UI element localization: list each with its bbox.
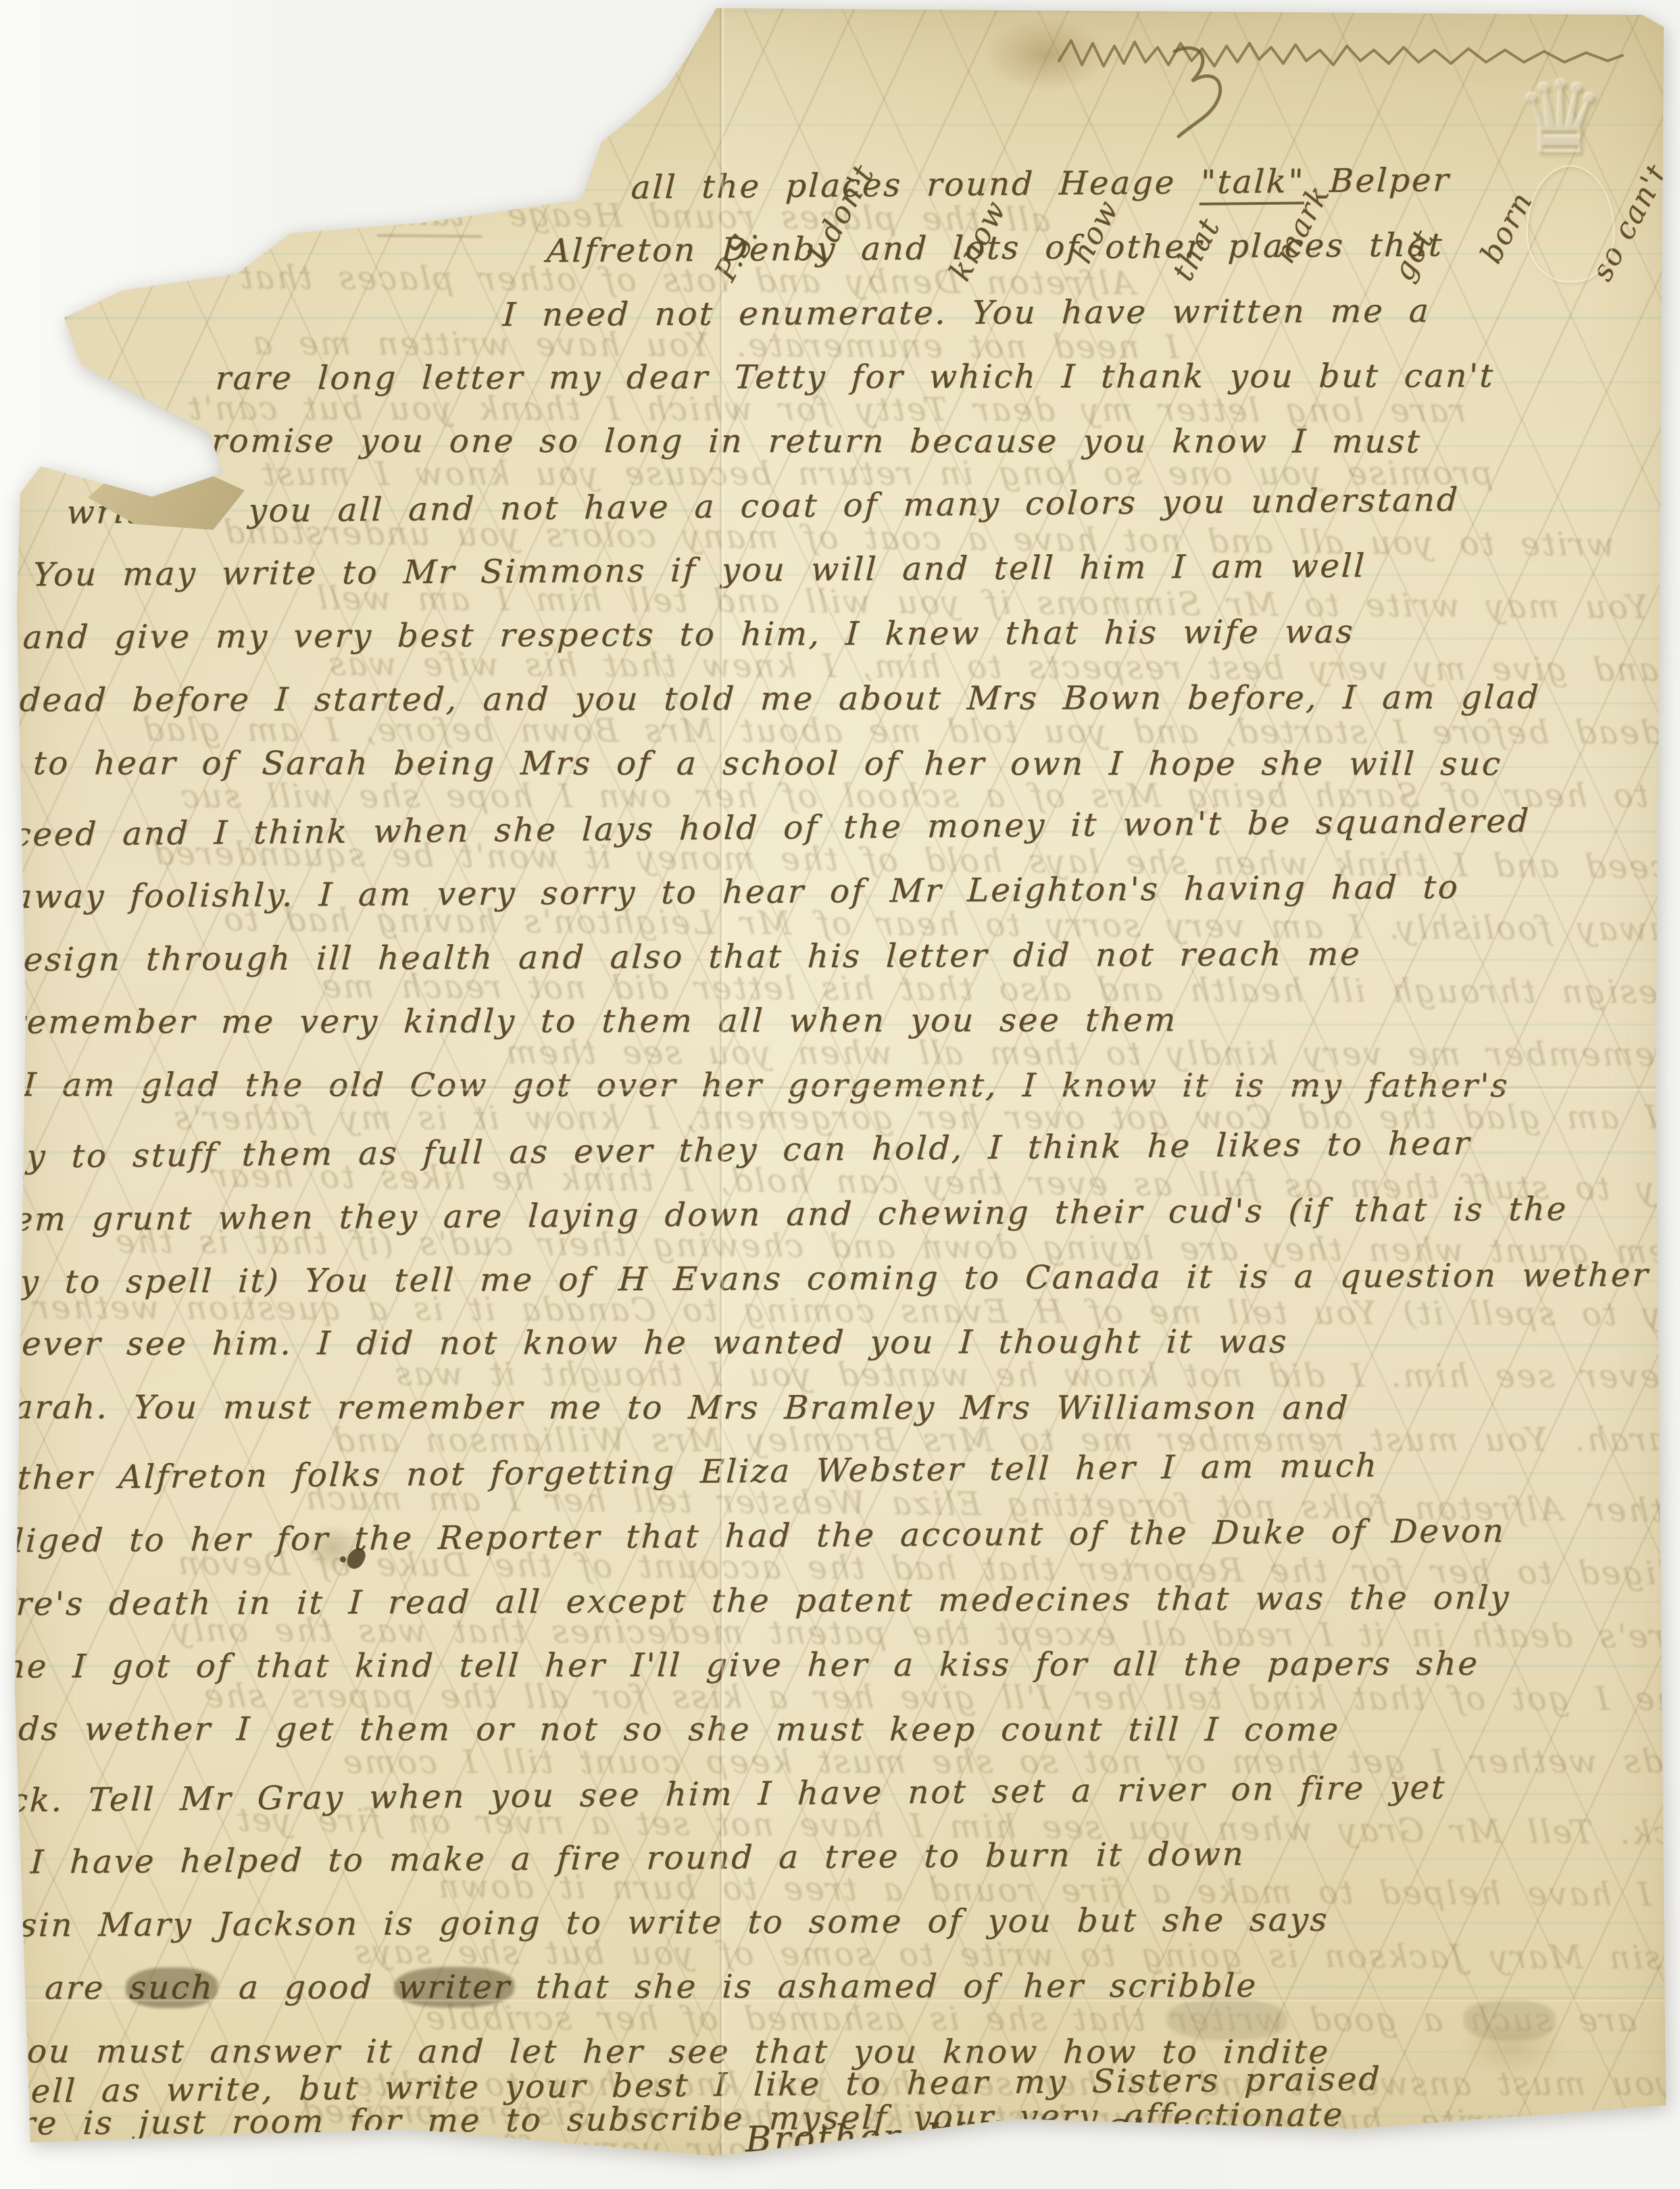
letter-line: Sarah. You must remember me to Mrs Braml…: [0, 1388, 1351, 1427]
letter-line: resign through ill health and also that …: [5, 935, 1362, 979]
letter-line: ceed and I think when she lays hold of t…: [11, 802, 1531, 854]
fold-crease-horizontal: [12, 1996, 1669, 2002]
letter-line: Alfreton Denby and lots of other places …: [546, 226, 1445, 270]
letter-line: all the places round Heage "talk" Belper: [631, 161, 1452, 206]
letter-line: You may write to Mr Simmons if you will …: [32, 547, 1366, 593]
paper-shadow: all the places round Heage "talk" Belper…: [0, 0, 1680, 2189]
scanned-letter-page: all the places round Heage "talk" Belper…: [0, 0, 1680, 2189]
letter-line: way to stuff them as full as ever they c…: [0, 1124, 1472, 1175]
letter-line: obliged to her for the Reporter that had…: [0, 1512, 1506, 1560]
letter-line: way to spell it) You tell me of H Evans …: [0, 1256, 1651, 1302]
letter-line: them grunt when they are laying down and…: [0, 1190, 1568, 1239]
letter-line: promise you one so long in return becaus…: [188, 422, 1423, 461]
letter-line: I need not enumerate. You have written m…: [502, 292, 1431, 334]
letter-line: remember me very kindly to them all when…: [9, 1001, 1179, 1041]
letter-line: shire's death in it I read all except th…: [0, 1579, 1512, 1623]
letter-line: Cousin Mary Jackson is going to write to…: [0, 1901, 1330, 1945]
letter-line: but I have helped to make a fire round a…: [0, 1835, 1246, 1881]
letter-line: dead before I started, and you told me a…: [19, 679, 1541, 719]
letter-line: away foolishly. I am very sorry to hear …: [11, 868, 1460, 916]
letter-line: other Alfreton folks not forgetting Eliz…: [0, 1447, 1379, 1498]
signature: Brother William Slater.: [745, 2111, 1240, 2161]
letter-paper: all the places round Heage "talk" Belper…: [12, 4, 1669, 2172]
letter-line: and give my very best respects to him, I…: [22, 613, 1356, 657]
fold-crease-horizontal: [12, 1085, 1669, 1091]
letter-line: sends wether I get them or not so she mu…: [0, 1711, 1341, 1749]
letter-line: rare long letter my dear Tetty for which…: [215, 357, 1496, 397]
letter-line: to hear of Sarah being Mrs of a school o…: [32, 744, 1504, 783]
letter-line: one I got of that kind tell her I'll giv…: [0, 1645, 1480, 1686]
letter-line: I ever see him. I did not know he wanted…: [0, 1323, 1289, 1364]
letter-line: write to you all and not have a coat of …: [66, 481, 1460, 531]
